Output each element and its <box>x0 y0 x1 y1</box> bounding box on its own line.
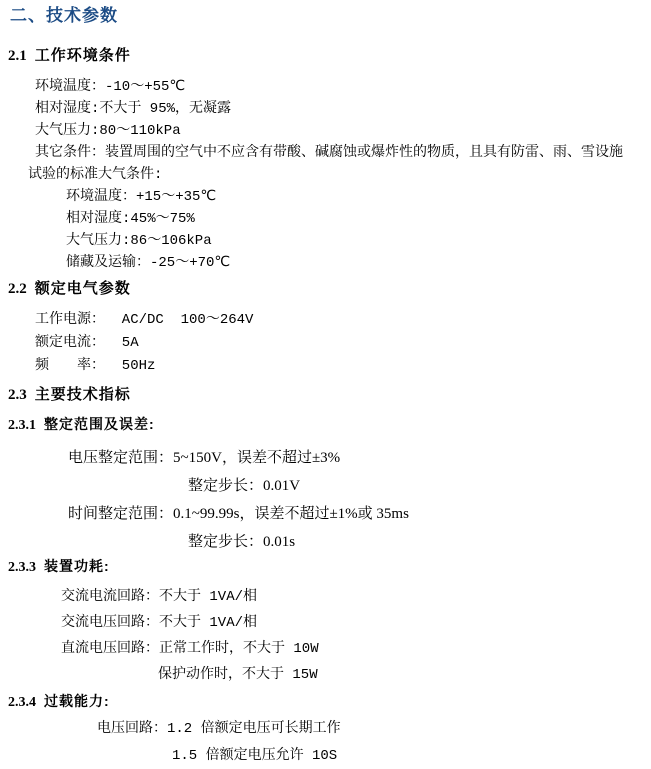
line-atmospheric-pressure: 大气压力:80～110kPa <box>35 120 643 142</box>
line-other-conditions: 其它条件：装置周围的空气中不应含有带酸、碱腐蚀或爆炸性的物质，且具有防雷、雨、雪… <box>35 142 643 164</box>
line-time-setting-step: 整定步长：0.01s <box>188 528 643 556</box>
line-storage-transport: 储藏及运输：-25～+70℃ <box>66 252 643 274</box>
line-dc-voltage-circuit-protection: 保护动作时，不大于 15W <box>158 662 643 688</box>
line-power-supply: 工作电源： AC/DC 100～264V <box>35 309 643 332</box>
line-voltage-setting-range: 电压整定范围：5~150V，误差不超过±3% <box>68 444 643 472</box>
line-rated-current: 额定电流： 5A <box>35 332 643 355</box>
heading-2-3-number: 2.3 <box>8 387 27 403</box>
line-voltage-setting-step: 整定步长：0.01V <box>188 472 643 500</box>
line-voltage-circuit-overload-10s: 1.5 倍额定电压允许 10S <box>172 743 643 769</box>
heading-2-3-text: 主要技术指标 <box>35 386 131 403</box>
heading-2-3-1: 2.3.1整定范围及误差: <box>8 416 643 434</box>
line-ambient-temperature: 环境温度：-10～+55℃ <box>35 76 643 98</box>
heading-2-1-number: 2.1 <box>8 48 27 64</box>
line-voltage-circuit-overload-long: 电压回路：1.2 倍额定电压可长期工作 <box>97 716 643 743</box>
heading-2-2-number: 2.2 <box>8 281 27 297</box>
heading-2-3-4: 2.3.4过载能力: <box>8 693 643 711</box>
line-frequency: 频 率： 50Hz <box>35 355 643 378</box>
line-ac-voltage-circuit: 交流电压回路：不大于 1VA/相 <box>61 610 643 636</box>
heading-2-3-3-number: 2.3.3 <box>8 560 36 575</box>
heading-2-3: 2.3主要技术指标 <box>8 386 643 404</box>
doc-title: 二、技术参数 <box>10 6 643 26</box>
heading-2-2: 2.2额定电气参数 <box>8 280 643 298</box>
heading-2-1: 2.1工作环境条件 <box>8 47 643 65</box>
heading-2-3-3-text: 装置功耗: <box>44 558 110 574</box>
line-standard-test-conditions: 试验的标准大气条件: <box>28 164 643 186</box>
line-time-setting-range: 时间整定范围：0.1~99.99s，误差不超过±1%或 35ms <box>68 500 643 528</box>
line-test-relative-humidity: 相对湿度:45%～75% <box>66 208 643 230</box>
heading-2-1-text: 工作环境条件 <box>35 47 131 64</box>
line-test-atmospheric-pressure: 大气压力:86～106kPa <box>66 230 643 252</box>
heading-2-3-1-text: 整定范围及误差: <box>44 416 155 432</box>
heading-2-3-3: 2.3.3装置功耗: <box>8 558 643 576</box>
document-page: 二、技术参数 2.1工作环境条件 环境温度：-10～+55℃ 相对湿度:不大于 … <box>0 0 651 769</box>
heading-2-3-4-number: 2.3.4 <box>8 695 36 710</box>
line-test-ambient-temperature: 环境温度：+15～+35℃ <box>66 186 643 208</box>
line-ac-current-circuit: 交流电流回路：不大于 1VA/相 <box>61 584 643 610</box>
heading-2-3-4-text: 过载能力: <box>44 693 110 709</box>
heading-2-2-text: 额定电气参数 <box>35 280 131 297</box>
heading-2-3-1-number: 2.3.1 <box>8 418 36 433</box>
line-relative-humidity: 相对湿度:不大于 95%，无凝露 <box>35 98 643 120</box>
line-dc-voltage-circuit-normal: 直流电压回路：正常工作时，不大于 10W <box>61 636 643 662</box>
